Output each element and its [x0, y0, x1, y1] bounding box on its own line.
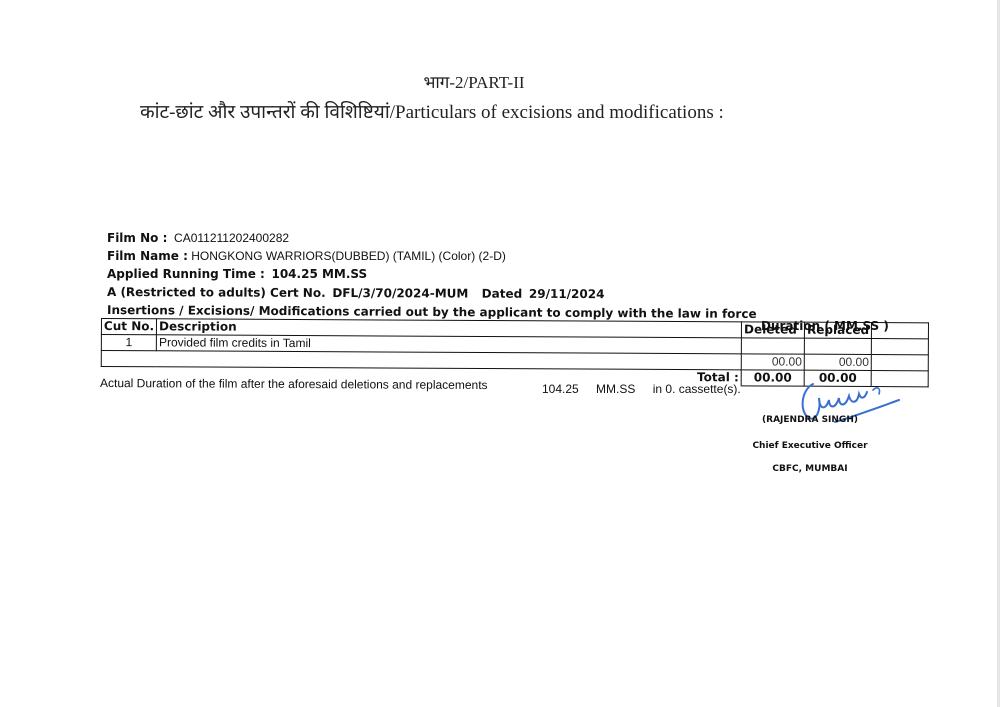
- running-time-label: Applied Running Time :: [107, 267, 265, 281]
- signatory-designation: Chief Executive Officer: [740, 441, 880, 451]
- section-title: कांट-छांट और उपान्तरों की विशिष्टियां/Pa…: [140, 98, 724, 124]
- actual-duration-label: Actual Duration of the film after the af…: [100, 376, 488, 392]
- signatory-name: (RAJENDRA SINGH): [740, 415, 880, 425]
- cert-label: A (Restricted to adults) Cert No.: [107, 285, 326, 300]
- film-name-label: Film Name :: [107, 249, 188, 263]
- cert-line: A (Restricted to adults) Cert No. DFL/3/…: [107, 285, 605, 301]
- dated-label: Dated: [482, 287, 523, 301]
- col-deleted: Deleted: [742, 322, 805, 338]
- film-name-value: HONGKONG WARRIORS(DUBBED) (TAMIL) (Color…: [191, 249, 506, 263]
- running-time-value: 104.25 MM.SS: [271, 267, 367, 281]
- cassette-count: in 0. cassette(s).: [653, 382, 741, 396]
- actual-duration-unit: MM.SS: [596, 382, 635, 396]
- col-cut-no: Cut No.: [101, 319, 156, 335]
- film-name-line: Film Name : HONGKONG WARRIORS(DUBBED) (T…: [107, 249, 506, 263]
- deleted-value: 00.00: [741, 354, 804, 370]
- actual-duration-value: 104.25: [542, 382, 579, 396]
- empty-cell: [871, 339, 928, 355]
- cut-no-cell: 1: [101, 335, 156, 351]
- running-time-line: Applied Running Time : 104.25 MM.SS: [107, 267, 367, 281]
- replaced-cell: [804, 338, 871, 354]
- film-no-line: Film No : CA011211202400282: [107, 231, 289, 245]
- actual-duration-value-line: 104.25 MM.SS in 0. cassette(s).: [542, 382, 755, 396]
- film-no-label: Film No :: [107, 231, 167, 245]
- col-empty: [872, 323, 929, 339]
- empty-cell: [871, 355, 928, 371]
- part-title: भाग-2/PART-II: [0, 70, 948, 93]
- film-no-value: CA011211202400282: [174, 231, 289, 245]
- signatory-office: CBFC, MUMBAI: [740, 464, 880, 474]
- cert-no: DFL/3/70/2024-MUM: [332, 286, 468, 301]
- replaced-value: 00.00: [804, 354, 871, 370]
- col-replaced: Replaced: [805, 322, 872, 338]
- deleted-cell: [741, 338, 804, 354]
- dated-value: 29/11/2024: [529, 287, 605, 301]
